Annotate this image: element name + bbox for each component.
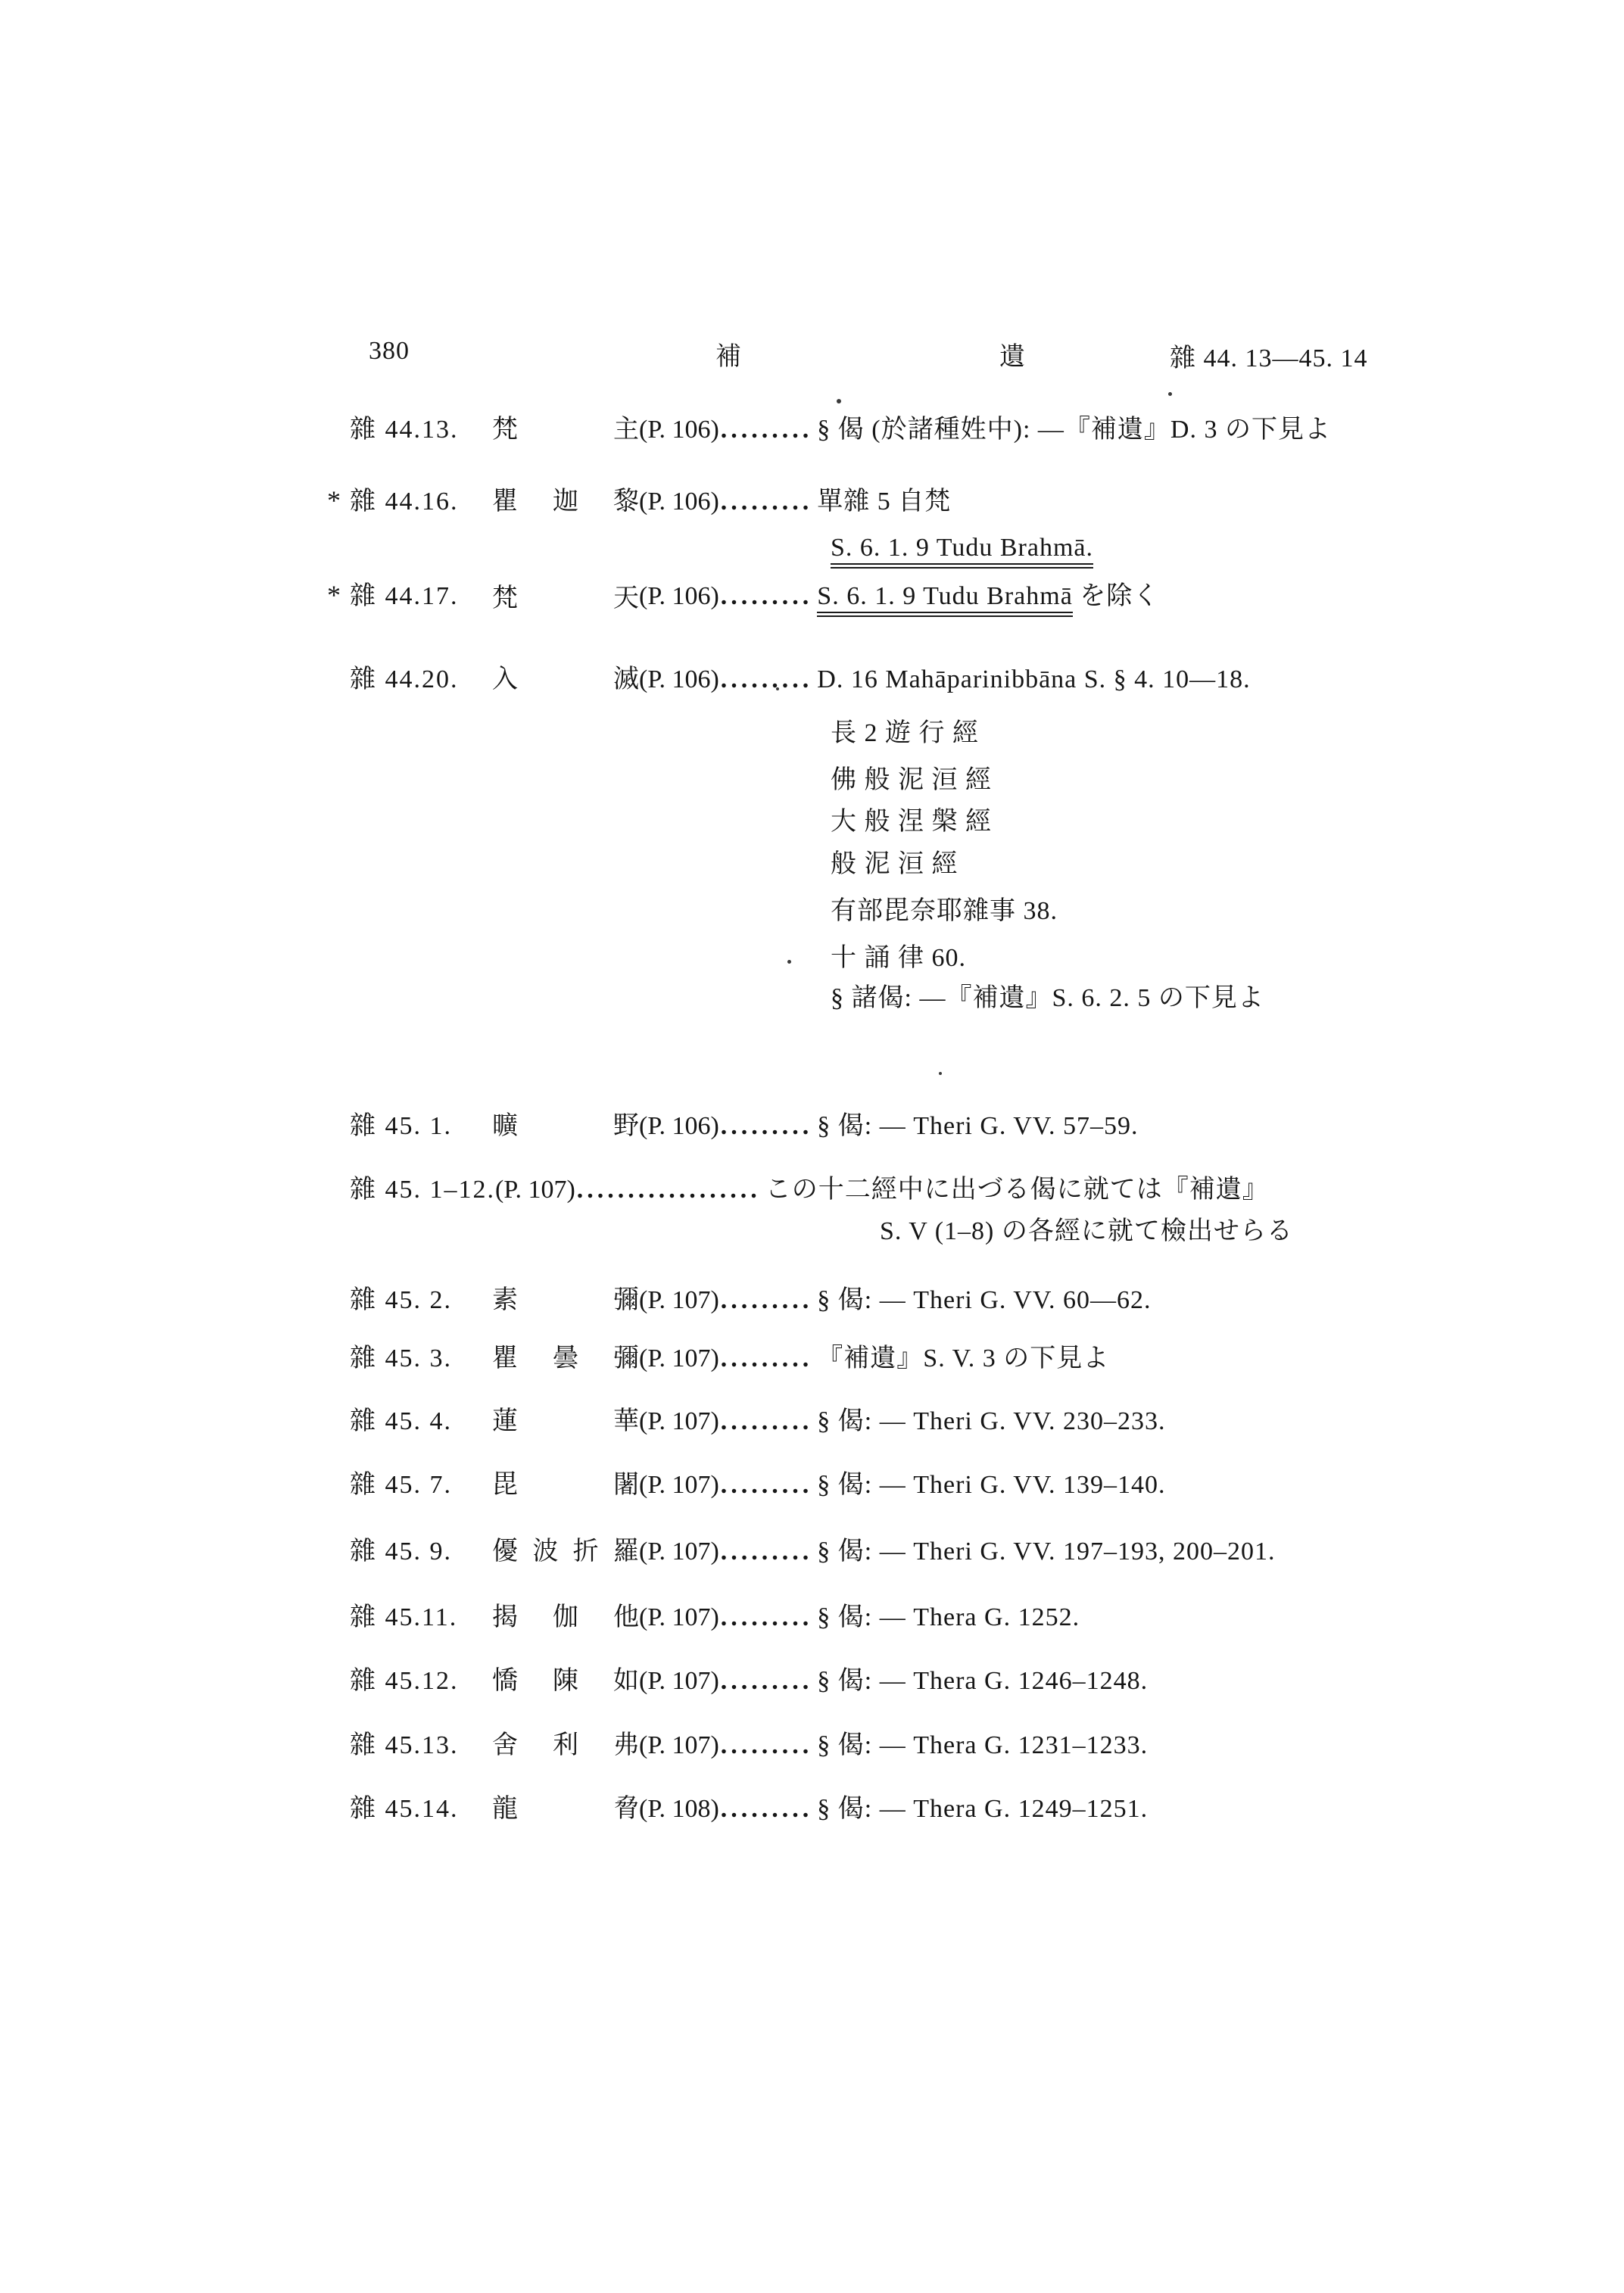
dot-leader: ......... [721,1727,813,1765]
entry-description: § 偈: — Theri G. VV. 197–193, 200–201. [817,1537,1275,1566]
entry-title: 梵 主 [492,411,639,449]
entry-title: 曠 野 [492,1108,639,1145]
entry-id: 雜 44.20. [350,661,492,699]
entry-title: 憍 陳 如 [492,1662,639,1700]
dot-leader: ......... [721,1466,813,1504]
entry-title: 毘 闍 [492,1466,639,1504]
entry-description: を除く [1073,582,1160,610]
entry-description: § 偈 (於諸種姓中): —『補遺』D. 3 の下見よ [817,416,1331,444]
dot-leader: ......... [721,578,813,615]
entry-title: 舍 利 弗 [492,1727,639,1765]
entry-id: 雜 45. 2. [350,1282,492,1319]
entry-title: 優波折羅 [492,1533,639,1571]
entry-title: 蓮 華 [492,1403,639,1441]
continuation-text: § 諸偈: —『補遺』S. 6. 2. 5 の下見よ [831,984,1264,1012]
header-title-left-char: 補 [715,335,742,372]
dot-leader: ......... [721,1533,813,1571]
entry-row-45-11: 雜 45.11.揭 伽 他(P. 107).........§ 偈: — The… [350,1599,1080,1637]
entry-id: 雜 45. 3. [350,1340,492,1378]
entry-row-45-7: 雜 45. 7.毘 闍(P. 107).........§ 偈: — Theri… [350,1466,1166,1504]
entry-row-45-1: 雜 45. 1.曠 野(P. 106).........§ 偈: — Theri… [350,1108,1139,1145]
scan-speck [837,399,841,403]
entry-star: * [327,576,341,614]
entry-description: § 偈: — Thera G. 1249–1251. [817,1795,1148,1823]
entry-page-ref: (P. 107) [639,1282,719,1319]
entry-id: 雜 45.12. [350,1662,492,1700]
dot-leader: ......... [721,1599,813,1637]
entry-page-ref: (P. 107) [495,1171,575,1209]
dot-leader: ......... [721,1403,813,1441]
entry-page-ref: (P. 106) [639,411,719,449]
entry-row-44-13: 雜 44.13.梵 主(P. 106).........§ 偈 (於諸種姓中):… [350,411,1331,449]
entry-row-45-4: 雜 45. 4.蓮 華(P. 107).........§ 偈: — Theri… [350,1403,1166,1441]
entry-page-ref: (P. 107) [639,1403,719,1441]
entry-title: 揭 伽 他 [492,1599,639,1637]
entry-row-45-2: 雜 45. 2.素 彌(P. 107).........§ 偈: — Theri… [350,1282,1152,1319]
entry-description: D. 16 Mahāparinibbāna S. § 4. 10—18. [817,665,1250,693]
dot-leader: ......... [721,411,813,449]
dot-leader: .................. [577,1171,761,1209]
continuation-line: § 諸偈: —『補遺』S. 6. 2. 5 の下見よ [831,980,1264,1017]
entry-row-44-16: *雜 44.16.瞿 迦 黎(P. 106).........單雜 5 自梵 [350,483,951,521]
dot-leader: ......... [721,1282,813,1319]
entry-id: 雜 44.17. [350,578,492,615]
continuation-line: 大 般 涅 槃 經 [831,804,992,840]
entry-row-45-12: 雜 45.12.憍 陳 如(P. 107).........§ 偈: — The… [350,1662,1148,1700]
entry-page-ref: (P. 106) [639,483,719,521]
entry-description-underlined: S. 6. 1. 9 Tudu Brahmā [817,582,1073,617]
entry-description: § 偈: — Theri G. VV. 230–233. [817,1407,1165,1435]
scan-speck [787,960,791,964]
continuation-line: 佛 般 泥 洹 經 [831,762,992,799]
entry-id: 雜 45.14. [350,1790,492,1828]
entry-id: 雜 44.13. [350,411,492,449]
continuation-text: 大 般 涅 槃 經 [831,808,992,836]
entry-description: § 偈: — Thera G. 1246–1248. [817,1667,1148,1695]
header-title-right-char: 遺 [999,335,1026,372]
entry-id: 雜 45.13. [350,1727,492,1765]
entry-description: § 偈: — Theri G. VV. 60—62. [817,1286,1151,1314]
continuation-text: 長 2 遊 行 經 [831,719,979,747]
entry-page-ref: (P. 106) [639,578,719,615]
header-entry-range: 雜 44. 13—45. 14 [1170,337,1368,374]
entry-description: 單雜 5 自梵 [817,488,951,516]
entry-title: 素 彌 [492,1282,639,1319]
scan-speck [1168,392,1172,396]
dot-leader: ......... [721,1662,813,1700]
entry-title: 龍 脅 [492,1790,639,1828]
dot-leader: ......... [721,661,813,699]
continuation-text: 十 誦 律 60. [831,944,966,972]
entry-row-45-1-12: 雜 45. 1–12.(P. 107)..................この十… [350,1171,1269,1209]
scan-speck [776,687,779,690]
entry-title: 入 滅 [492,661,639,699]
continuation-line: 有部毘奈耶雜事 38. [831,893,1058,930]
continuation-text: 般 泥 洹 經 [831,850,959,878]
continuation-line: S. 6. 1. 9 Tudu Brahmā. [831,530,1093,566]
entry-row-45-14: 雜 45.14.龍 脅(P. 108).........§ 偈: — Thera… [350,1790,1148,1828]
entry-row-44-17: *雜 44.17.梵 天(P. 106).........S. 6. 1. 9 … [350,578,1159,615]
page-number: 380 [369,337,410,366]
entry-id: 雜 45.11. [350,1599,492,1637]
entry-id: 雜 45. 4. [350,1403,492,1441]
dot-leader: ......... [721,483,813,521]
entry-description: § 偈: — Theri G. VV. 139–140. [817,1471,1165,1499]
scanned-document-page: 380 補 遺 雜 44. 13—45. 14 雜 44.13.梵 主(P. 1… [0,0,1624,2293]
entry-star: * [327,481,341,519]
entry-id: 雜 44.16. [350,483,492,521]
continuation-line: 般 泥 洹 經 [831,846,959,883]
continuation-text: S. V (1–8) の各經に就て檢出せらる [880,1217,1293,1245]
entry-page-ref: (P. 107) [639,1340,719,1378]
entry-page-ref: (P. 108) [639,1790,719,1828]
entry-title: 梵 天 [492,580,639,618]
entry-description: § 偈: — Thera G. 1252. [817,1603,1080,1631]
dot-leader: ......... [721,1108,813,1145]
continuation-line: S. V (1–8) の各經に就て檢出せらる [880,1213,1293,1250]
entry-id: 雜 45. 1. [350,1108,492,1145]
entry-page-ref: (P. 107) [639,1533,719,1571]
entry-page-ref: (P. 106) [639,1108,719,1145]
entry-title: 瞿 曇 彌 [492,1340,639,1378]
continuation-line: 長 2 遊 行 經 [831,715,979,752]
entry-page-ref: (P. 107) [639,1727,719,1765]
entry-page-ref: (P. 106) [639,661,719,699]
entry-id: 雜 45. 7. [350,1466,492,1504]
dot-leader: ......... [721,1790,813,1828]
entry-page-ref: (P. 107) [639,1662,719,1700]
continuation-text-underlined: S. 6. 1. 9 Tudu Brahmā. [831,534,1093,569]
continuation-line: 十 誦 律 60. [831,940,966,977]
entry-description: この十二經中に出づる偈に就ては『補遺』 [765,1176,1269,1204]
continuation-text: 佛 般 泥 洹 經 [831,766,992,794]
entry-description: 『補遺』S. V. 3 の下見よ [817,1344,1109,1372]
entry-page-ref: (P. 107) [639,1466,719,1504]
entry-row-44-20: 雜 44.20.入 滅(P. 106).........D. 16 Mahāpa… [350,661,1251,699]
entry-description: § 偈: — Theri G. VV. 57–59. [817,1112,1138,1140]
entry-id: 雜 45. 9. [350,1533,492,1571]
entry-row-45-3: 雜 45. 3.瞿 曇 彌(P. 107).........『補遺』S. V. … [350,1340,1109,1378]
entry-description: § 偈: — Thera G. 1231–1233. [817,1731,1148,1759]
dot-leader: ......... [721,1340,813,1378]
entry-row-45-13: 雜 45.13.舍 利 弗(P. 107).........§ 偈: — The… [350,1727,1148,1765]
scan-speck [939,1072,942,1075]
entry-id: 雜 45. 1–12. [350,1171,495,1209]
entry-page-ref: (P. 107) [639,1599,719,1637]
entry-row-45-9: 雜 45. 9.優波折羅(P. 107).........§ 偈: — Ther… [350,1533,1276,1571]
entry-title: 瞿 迦 黎 [492,483,639,521]
continuation-text: 有部毘奈耶雜事 38. [831,897,1058,925]
